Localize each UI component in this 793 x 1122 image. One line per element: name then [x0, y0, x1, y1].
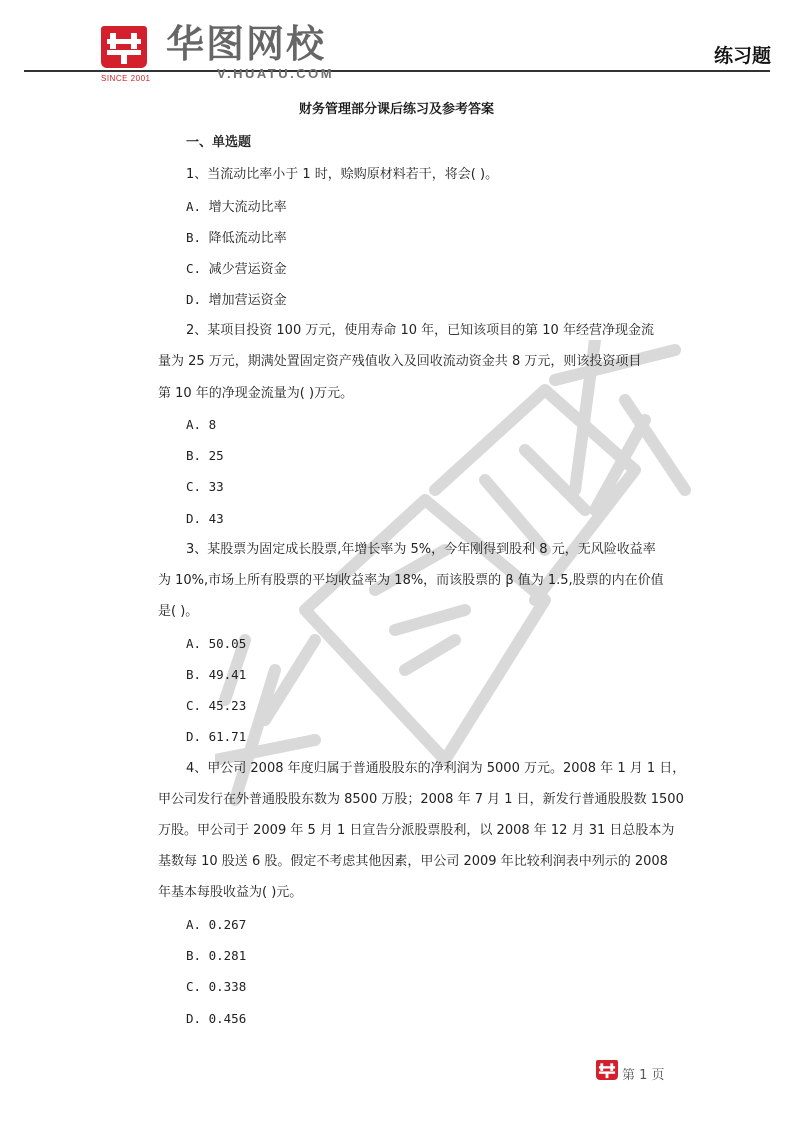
option-text: 0.456: [209, 1011, 247, 1026]
question-4-text-line-4: 基数每 10 股送 6 股。假定不考虑其他因素，甲公司 2009 年比较利润表中…: [158, 853, 668, 871]
question-1-option-d[interactable]: D. 增加营运资金: [186, 291, 287, 310]
option-text: 49.41: [209, 667, 247, 682]
option-text: 0.281: [209, 948, 247, 963]
question-1-option-a[interactable]: A. 增大流动比率: [186, 198, 287, 217]
option-label: B.: [186, 667, 201, 682]
page-number: 第 1 页: [622, 1064, 665, 1083]
question-3-text-line-2: 为 10%,市场上所有股票的平均收益率为 18%，而该股票的 β 值为 1.5,…: [158, 572, 664, 590]
question-3-option-a[interactable]: A. 50.05: [186, 635, 246, 653]
option-label: D.: [186, 511, 201, 526]
option-text: 45.23: [209, 698, 247, 713]
option-text: 增大流动比率: [209, 200, 287, 215]
section-heading: 一、单选题: [186, 134, 251, 152]
option-text: 降低流动比率: [209, 231, 287, 246]
option-label: B.: [186, 230, 201, 245]
document-title: 财务管理部分课后练习及参考答案: [0, 98, 793, 117]
option-text: 0.267: [209, 917, 247, 932]
brand-url: V.HUATU.COM: [217, 66, 334, 81]
question-3-option-d[interactable]: D. 61.71: [186, 728, 246, 746]
option-text: 0.338: [209, 979, 247, 994]
option-label: A.: [186, 917, 201, 932]
option-label: C.: [186, 979, 201, 994]
question-1-text: 1、当流动比率小于 1 时，赊购原材料若干，将会( )。: [186, 166, 498, 184]
question-4-text-line-5: 年基本每股收益为( )元。: [158, 884, 302, 902]
header-divider: [24, 70, 770, 72]
option-label: C.: [186, 479, 201, 494]
question-3-text-line-1: 3、某股票为固定成长股票,年增长率为 5%，今年刚得到股利 8 元，无风险收益率: [186, 541, 656, 559]
question-2-option-a[interactable]: A. 8: [186, 416, 216, 434]
option-label: B.: [186, 448, 201, 463]
option-text: 减少营运资金: [209, 262, 287, 277]
logo-since-text: SINCE 2001: [101, 74, 150, 83]
question-4-option-d[interactable]: D. 0.456: [186, 1010, 246, 1028]
footer-logo-icon: [596, 1060, 618, 1080]
question-4-text-line-3: 万股。甲公司于 2009 年 5 月 1 日宣告分派股票股利，以 2008 年 …: [158, 822, 674, 840]
option-text: 8: [209, 417, 217, 432]
option-label: D.: [186, 292, 201, 307]
option-label: C.: [186, 261, 201, 276]
question-2-text-line-3: 第 10 年的净现金流量为( )万元。: [158, 385, 353, 403]
option-label: A.: [186, 417, 201, 432]
section-label: 练习题: [714, 41, 771, 68]
option-text: 33: [209, 479, 224, 494]
question-3-option-b[interactable]: B. 49.41: [186, 666, 246, 684]
brand-name: 华图网校: [166, 22, 326, 66]
option-text: 43: [209, 511, 224, 526]
question-1-option-c[interactable]: C. 减少营运资金: [186, 260, 287, 279]
question-2-option-d[interactable]: D. 43: [186, 510, 224, 528]
option-label: D.: [186, 1011, 201, 1026]
question-3-text-line-3: 是( )。: [158, 603, 198, 621]
question-4-text-line-2: 甲公司发行在外普通股股东数为 8500 万股；2008 年 7 月 1 日，新发…: [158, 791, 684, 809]
question-3-option-c[interactable]: C. 45.23: [186, 697, 246, 715]
question-1-option-b[interactable]: B. 降低流动比率: [186, 229, 287, 248]
question-2-text-line-2: 量为 25 万元，期满处置固定资产残值收入及回收流动资金共 8 万元，则该投资项…: [158, 353, 641, 371]
option-label: A.: [186, 199, 201, 214]
option-label: D.: [186, 729, 201, 744]
option-label: C.: [186, 698, 201, 713]
question-2-option-b[interactable]: B. 25: [186, 447, 224, 465]
huatu-logo-icon: [101, 26, 147, 68]
page-header: SINCE 2001 华图网校 V.HUATU.COM 练习题: [0, 0, 793, 90]
question-4-option-a[interactable]: A. 0.267: [186, 916, 246, 934]
question-4-option-b[interactable]: B. 0.281: [186, 947, 246, 965]
option-label: B.: [186, 948, 201, 963]
option-label: A.: [186, 636, 201, 651]
option-text: 61.71: [209, 729, 247, 744]
question-4-option-c[interactable]: C. 0.338: [186, 978, 246, 996]
question-2-option-c[interactable]: C. 33: [186, 478, 224, 496]
question-2-text-line-1: 2、某项目投资 100 万元，使用寿命 10 年，已知该项目的第 10 年经营净…: [186, 322, 654, 340]
question-4-text-line-1: 4、甲公司 2008 年度归属于普通股股东的净利润为 5000 万元。2008 …: [186, 760, 685, 778]
option-text: 增加营运资金: [209, 293, 287, 308]
option-text: 25: [209, 448, 224, 463]
option-text: 50.05: [209, 636, 247, 651]
